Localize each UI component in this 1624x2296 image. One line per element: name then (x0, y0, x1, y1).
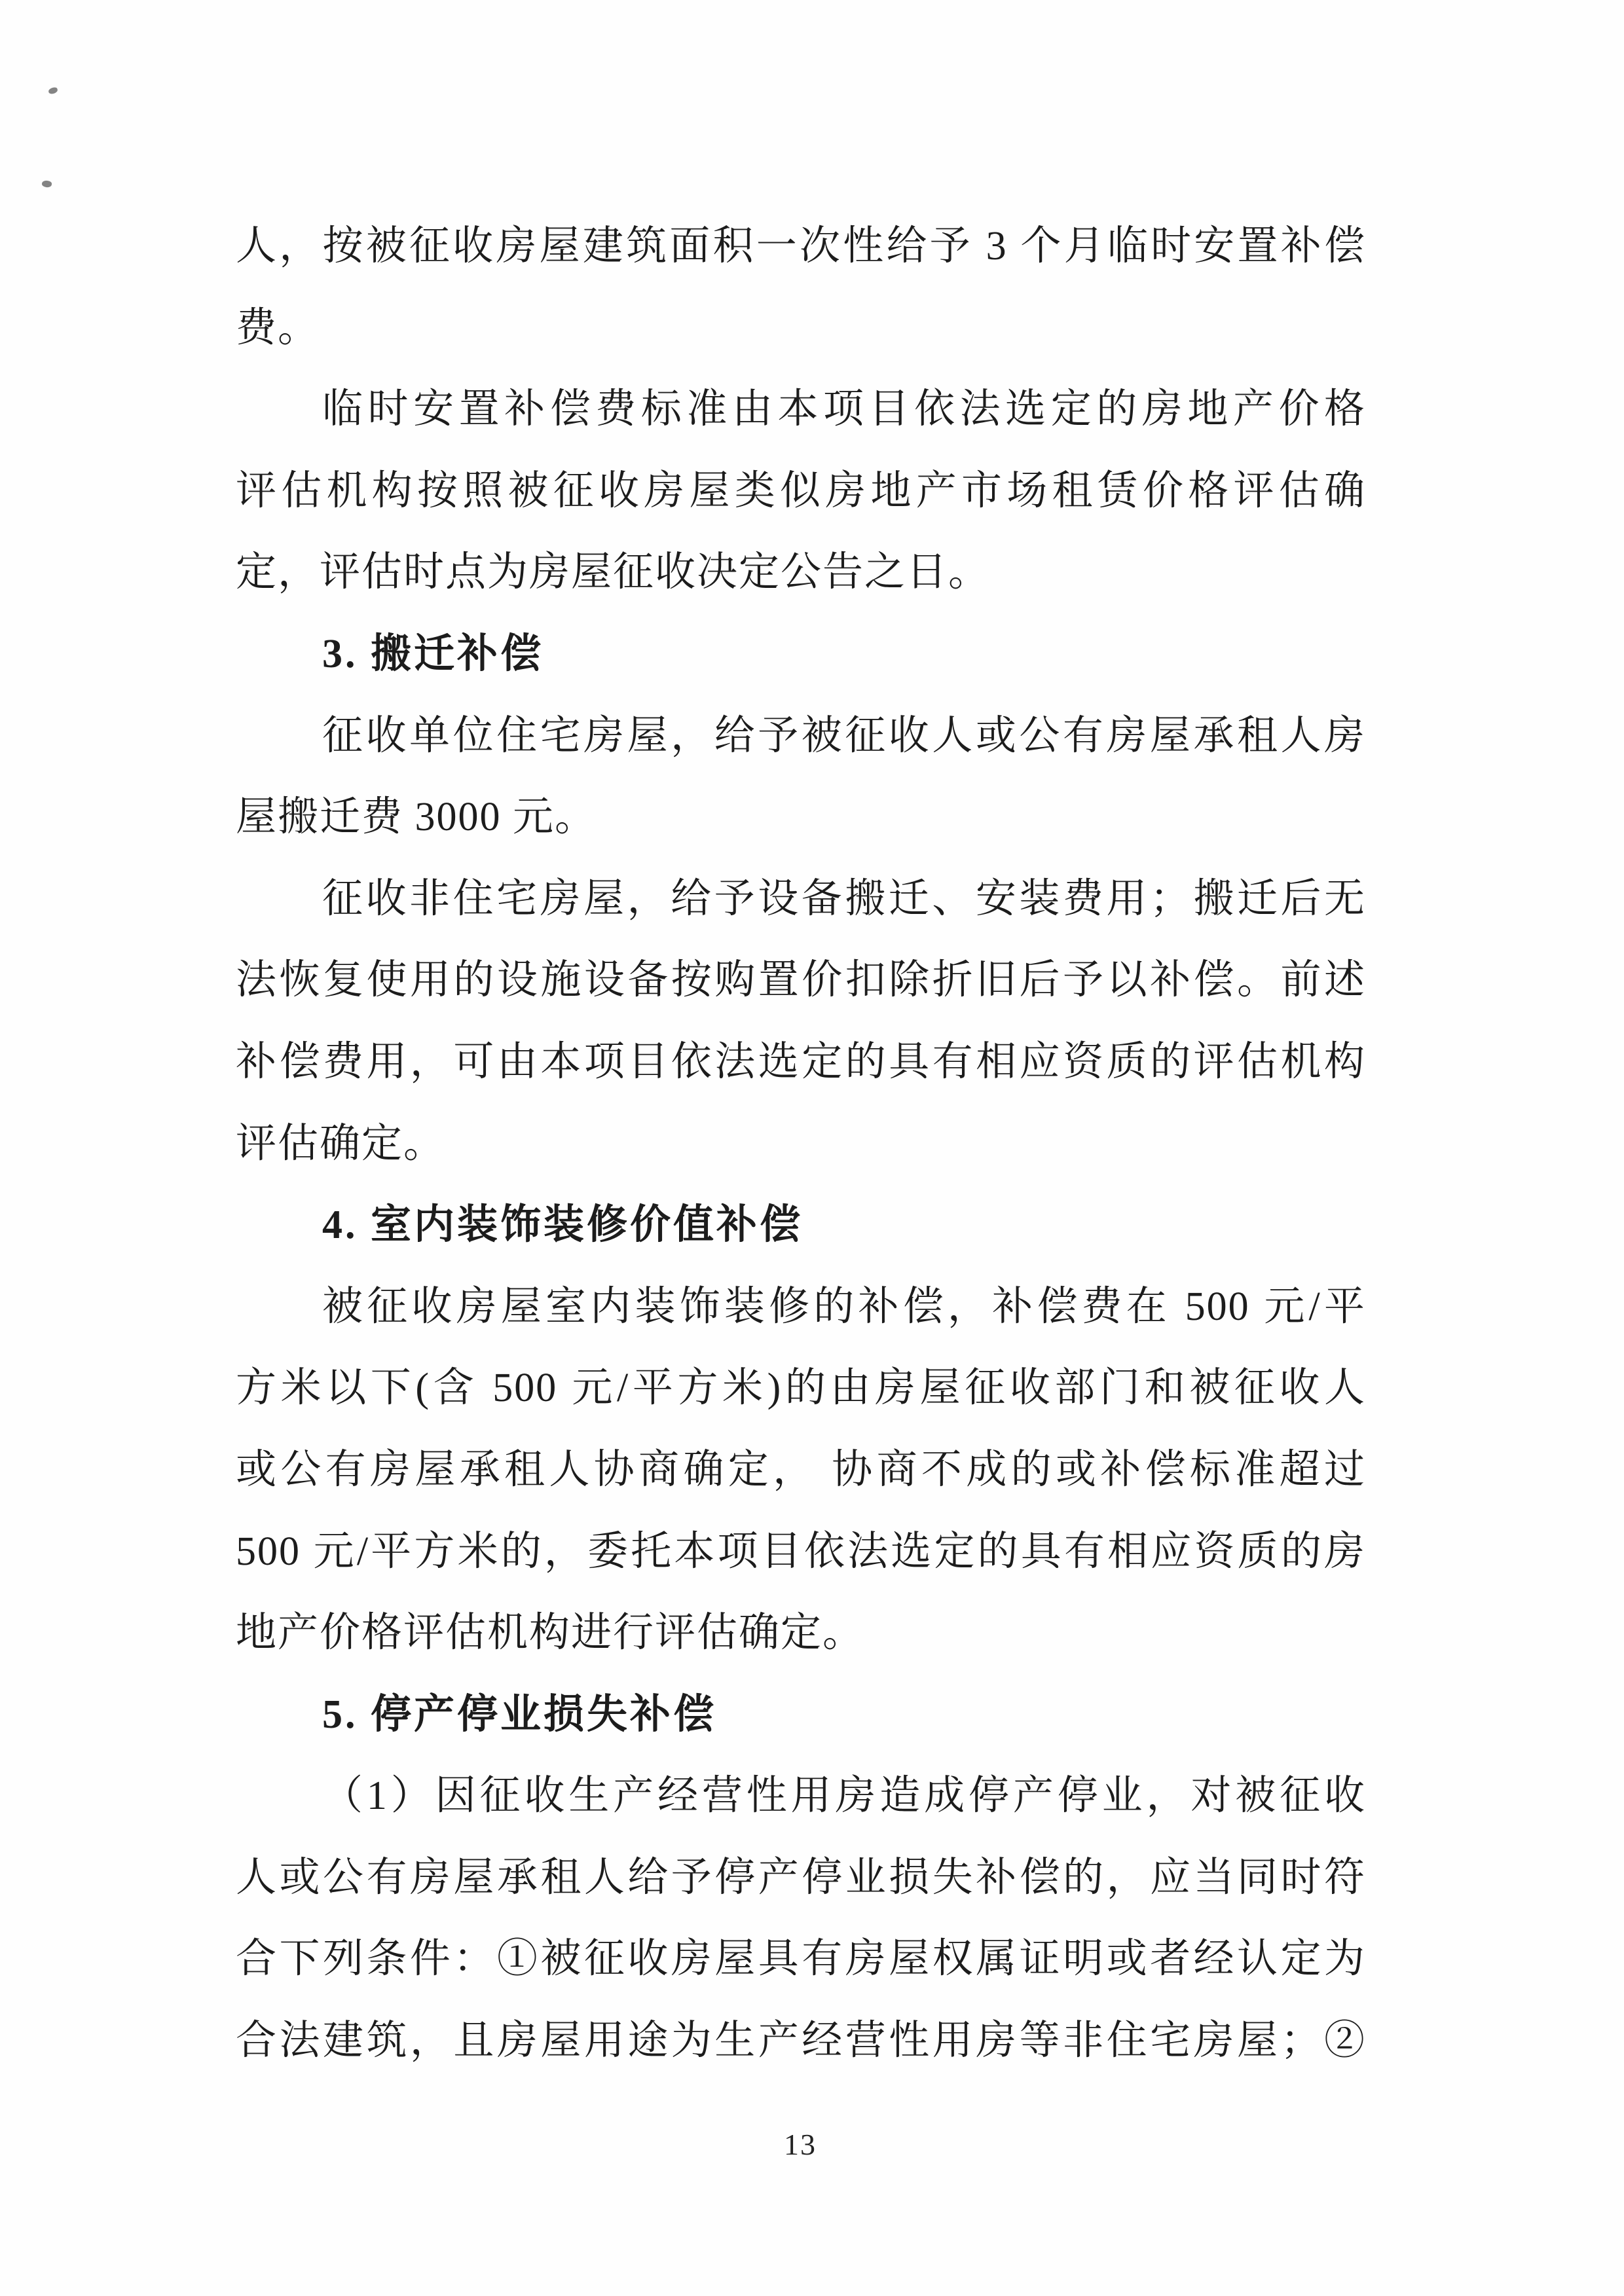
section-heading: 3. 搬迁补偿 (236, 613, 1366, 695)
text-line: 合法建筑，且房屋用途为生产经营性用房等非住宅房屋；② (236, 2000, 1366, 2082)
text-line: 临时安置补偿费标准由本项目依法选定的房地产价格 (236, 369, 1366, 450)
text-line: 人或公有房屋承租人给予停产停业损失补偿的，应当同时符 (236, 1837, 1366, 1919)
text-line: 屋搬迁费 3000 元。 (236, 776, 1366, 858)
text-line: 方米以下(含 500 元/平方米)的由房屋征收部门和被征收人 (236, 1347, 1366, 1429)
text-line: 定，评估时点为房屋征收决定公告之日。 (236, 532, 1366, 613)
text-line: 征收非住宅房屋，给予设备搬迁、安装费用；搬迁后无 (236, 858, 1366, 940)
document-page: 人，按被征收房屋建筑面积一次性给予 3 个月临时安置补偿费。临时安置补偿费标准由… (0, 0, 1624, 2296)
text-line: 合下列条件：①被征收房屋具有房屋权属证明或者经认定为 (236, 1918, 1366, 2000)
text-line: 补偿费用，可由本项目依法选定的具有相应资质的评估机构 (236, 1021, 1366, 1103)
text-line: 地产价格评估机构进行评估确定。 (236, 1592, 1366, 1674)
section-heading: 5. 停产停业损失补偿 (236, 1674, 1366, 1756)
section-heading: 4. 室内装饰装修价值补偿 (236, 1184, 1366, 1266)
body-text: 人，按被征收房屋建筑面积一次性给予 3 个月临时安置补偿费。临时安置补偿费标准由… (236, 206, 1366, 2082)
text-line: 被征收房屋室内装饰装修的补偿，补偿费在 500 元/平 (236, 1266, 1366, 1348)
text-line: 人，按被征收房屋建筑面积一次性给予 3 个月临时安置补偿 (236, 206, 1366, 287)
text-line: 费。 (236, 287, 1366, 369)
text-line: 评估机构按照被征收房屋类似房地产市场租赁价格评估确 (236, 450, 1366, 532)
text-line: 法恢复使用的设施设备按购置价扣除折旧后予以补偿。前述 (236, 939, 1366, 1021)
text-line: 评估确定。 (236, 1103, 1366, 1185)
text-line: 或公有房屋承租人协商确定， 协商不成的或补偿标准超过 (236, 1429, 1366, 1511)
page-number: 13 (0, 2125, 1600, 2164)
scan-speck (41, 180, 52, 188)
text-line: 500 元/平方米的，委托本项目依法选定的具有相应资质的房 (236, 1511, 1366, 1593)
scan-speck (48, 86, 58, 94)
text-line: （1）因征收生产经营性用房造成停产停业，对被征收 (236, 1755, 1366, 1837)
text-line: 征收单位住宅房屋，给予被征收人或公有房屋承租人房 (236, 695, 1366, 777)
